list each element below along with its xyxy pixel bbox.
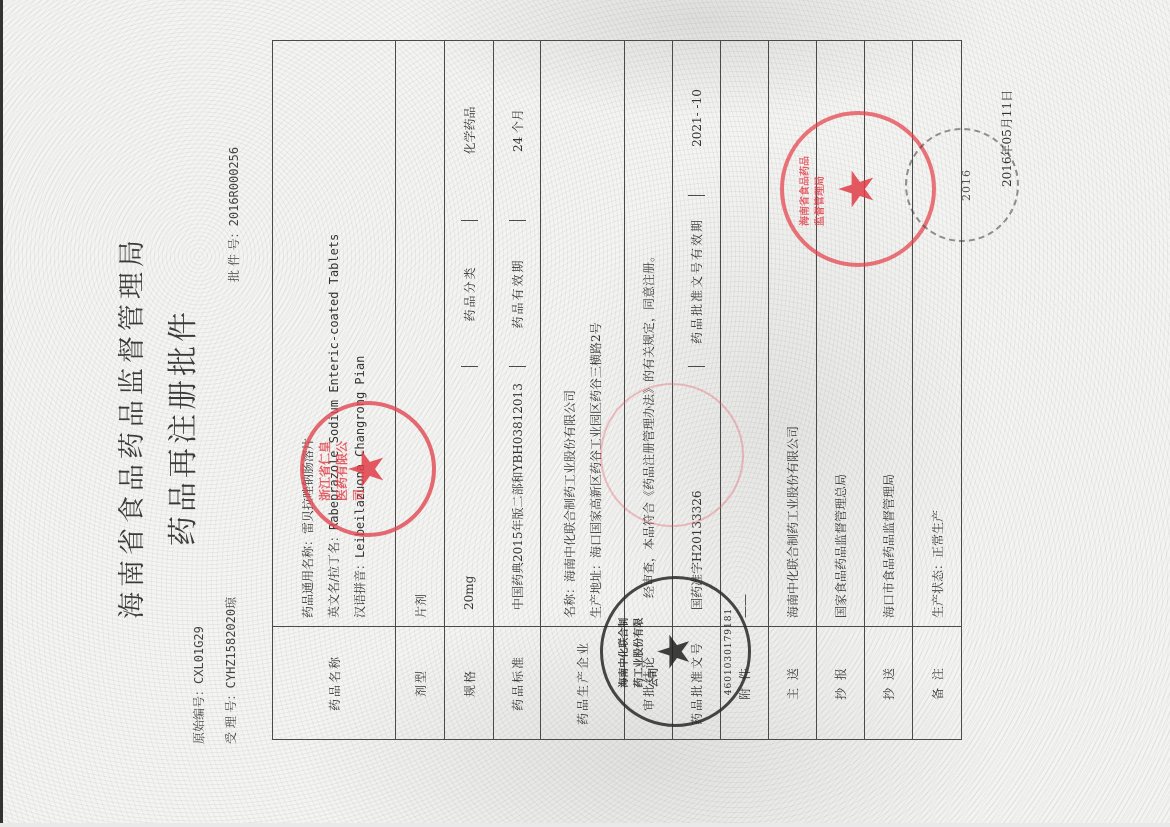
attachment-value: ——	[721, 41, 769, 627]
original-number: 原始编号：CXL01G29	[190, 626, 207, 744]
manufacturer-name-value: 海南中化联合制药工业股份有限公司	[563, 390, 577, 582]
standard-value: 中国药典2015年版二部和YBH03812013	[509, 366, 526, 618]
approval-validity-label: 药品批准文号有效期	[688, 195, 705, 366]
manufacturer-name: 名称：海南中化联合制药工业股份有限公司	[557, 49, 583, 618]
table-row-specification: 规格 20mg 药品分类 化学药品	[445, 41, 494, 740]
seal-code: 4601030179181	[724, 608, 734, 695]
row-label: 药品名称	[273, 627, 396, 740]
validity-value: 24 个月	[509, 49, 526, 220]
original-number-label: 原始编号：	[192, 684, 206, 744]
category-label: 药品分类	[461, 220, 478, 366]
table-row-standard: 药品标准 中国药典2015年版二部和YBH03812013 药品有效期 24 个…	[494, 41, 541, 740]
original-number-value: CXL01G29	[192, 626, 206, 684]
manufacturer-seal: 海南中化联合制药工业股份有限公司 ★ 4601030179181	[600, 576, 751, 727]
approval-validity-value: 2021- -10	[688, 49, 705, 195]
generic-name: 药品通用名称：雷贝拉唑钠肠溶片	[295, 49, 321, 618]
acceptance-number-label: 受 理 号：	[224, 688, 238, 744]
star-icon: ★	[833, 167, 881, 210]
row-label: 抄 报	[817, 627, 865, 740]
manufacturer-name-label: 名称：	[563, 582, 577, 618]
row-label: 规格	[445, 627, 494, 740]
table-row-drug-name: 药品名称 药品通用名称：雷贝拉唑钠肠溶片 英文名/拉丁名：Rabeprazole…	[273, 41, 396, 740]
company-red-seal: 浙江省仁皇医药有限公司 ★	[300, 401, 436, 537]
acceptance-number: 受 理 号：CYHZ1582020琼	[222, 597, 239, 744]
english-name-label: 英文名/拉丁名：	[327, 530, 341, 618]
table-row-dosage-form: 剂型 片剂	[396, 41, 445, 740]
row-label: 剂型	[396, 627, 445, 740]
acceptance-number-value: CYHZ1582020琼	[224, 597, 238, 688]
specification-value: 20mg	[461, 366, 478, 618]
seal-text: 2016	[960, 169, 973, 201]
approval-number-cell: 国药准字H20133326 药品批准文号有效期 2021- -10	[673, 41, 721, 627]
approval-document-number: 批 件 号：2016R000256	[225, 147, 242, 282]
approval-number-label: 批 件 号：	[227, 226, 241, 282]
manufacturer-address-label: 生产地址：	[589, 558, 603, 618]
pinyin-name-label: 汉语拼音：	[353, 558, 367, 618]
row-label: 药品标准	[494, 627, 541, 740]
generic-name-label: 药品通用名称：	[301, 534, 315, 618]
faint-red-seal	[600, 383, 744, 527]
date-seal: 2016	[905, 128, 1019, 242]
conclusion-value: 经审查，本品符合《药品注册管理办法》的有关规定，同意注册。	[625, 41, 673, 627]
row-label: 抄 送	[865, 627, 913, 740]
row-label: 主 送	[769, 627, 817, 740]
approval-number-value: 2016R000256	[227, 147, 241, 226]
manufacturer-cell: 名称：海南中化联合制药工业股份有限公司 生产地址：海口国家高新区药谷工业园区药谷…	[541, 41, 625, 627]
star-icon: ★	[653, 632, 697, 671]
star-icon: ★	[343, 447, 391, 490]
validity-label: 药品有效期	[509, 220, 526, 366]
manufacturer-address: 生产地址：海口国家高新区药谷工业园区药谷三横路2号	[583, 49, 609, 618]
dosage-form-value: 片剂	[396, 41, 445, 627]
row-label: 备 注	[913, 627, 962, 740]
approval-document: 海南省食品药品监督管理局 药品再注册批件 原始编号：CXL01G29 受 理 号…	[0, 0, 1170, 827]
drug-name-cell: 药品通用名称：雷贝拉唑钠肠溶片 英文名/拉丁名：Rabeprazole Sodi…	[273, 41, 396, 627]
standard-cell: 中国药典2015年版二部和YBH03812013 药品有效期 24 个月	[494, 41, 541, 627]
seal-text: 海南省食品药品监督管理局	[796, 152, 826, 226]
specification-cell: 20mg 药品分类 化学药品	[445, 41, 494, 627]
agency-name: 海南省食品药品监督管理局	[110, 87, 149, 767]
category-value: 化学药品	[461, 49, 478, 220]
